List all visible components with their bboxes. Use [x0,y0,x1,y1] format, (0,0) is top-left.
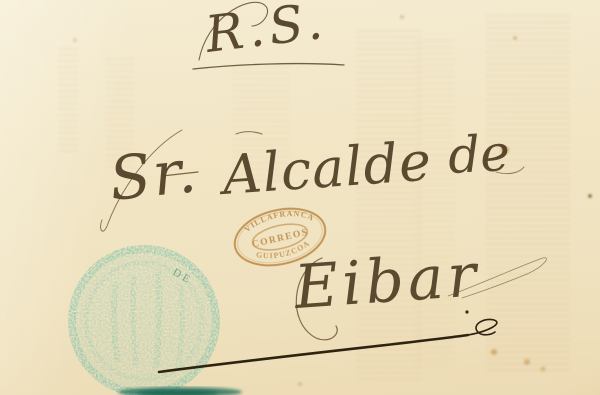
ink-dot [465,310,468,313]
round-green-seal-stamp: DE [70,247,242,395]
destination-name: Eibar [291,240,482,323]
flourish-loop [468,319,497,335]
initials-script: R.S. [201,0,330,64]
address-salutation: Sr. [106,136,201,215]
address-word: de [447,124,512,185]
address-entry-stroke [236,132,262,134]
cover-markings: DE VILLAFRANCA CORREOS GUIPUZCOA R.S. Sr… [0,0,600,395]
postal-cover-photo: DE VILLAFRANCA CORREOS GUIPUZCOA R.S. Sr… [0,0,600,395]
address-word: Alcalde [216,130,434,208]
initials-underline [193,64,344,69]
handwritten-initials: R.S. [193,0,344,69]
